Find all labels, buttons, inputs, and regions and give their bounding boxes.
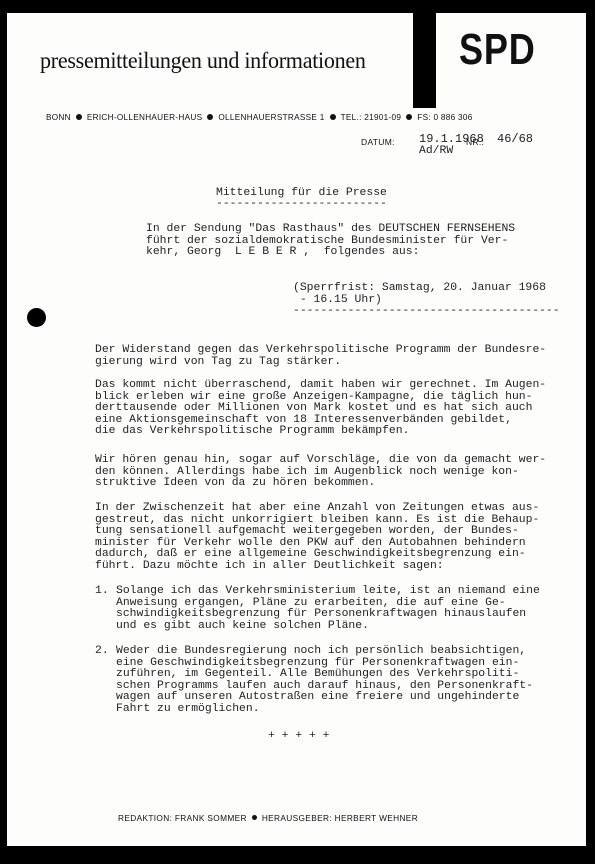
masthead-title: pressemitteilungen und informationen — [40, 48, 366, 74]
bullet-icon — [207, 114, 213, 120]
intro-line: kehr, Georg L E B E R , folgendes aus: — [146, 247, 515, 259]
list-number: 2. — [95, 646, 109, 658]
address-city: BONN — [46, 113, 71, 122]
intro-block: In der Sendung "Das Rasthaus" des DEUTSC… — [146, 224, 515, 259]
footer-editor: REDAKTION: FRANK SOMMER — [118, 813, 247, 823]
text-line: Wir hören genau hin, sogar auf Vorschläg… — [95, 455, 546, 467]
paragraph: Der Widerstand gegen das Verkehrspolitis… — [95, 345, 546, 368]
text-line: Der Widerstand gegen das Verkehrspolitis… — [95, 345, 546, 357]
text-line: In der Zwischenzeit hat aber eine Anzahl… — [95, 503, 539, 515]
footer-publisher: HERAUSGEBER: HERBERT WEHNER — [262, 813, 418, 823]
reference-code: Ad/RW — [419, 146, 453, 158]
paragraph: Wir hören genau hin, sogar auf Vorschläg… — [95, 455, 546, 490]
end-mark: + + + + + — [268, 731, 330, 743]
embargo-line: (Sperrfrist: Samstag, 20. Januar 1968 — [293, 283, 560, 295]
number-value: 46/68 — [497, 134, 533, 146]
heading-underline: ------------------------- — [216, 199, 387, 211]
text-line: gierung wird von Tag zu Tag stärker. — [95, 357, 546, 369]
text-line: Weder die Bundesregierung noch ich persö… — [116, 646, 533, 658]
letterhead-divider-bar — [413, 0, 436, 108]
text-line: und es gibt auch keine solchen Pläne. — [116, 621, 540, 633]
text-line: die das Verkehrspolitische Programm bekä… — [95, 426, 546, 438]
punch-hole — [27, 308, 46, 327]
footer-credits: REDAKTION: FRANK SOMMERHERAUSGEBER: HERB… — [118, 813, 418, 823]
paragraph: In der Zwischenzeit hat aber eine Anzahl… — [95, 503, 539, 573]
date-label: DATUM: — [361, 137, 395, 147]
address-phone: TEL.: 21901-09 — [341, 113, 402, 122]
spd-logo: SPD — [459, 28, 536, 72]
bullet-icon — [252, 815, 257, 820]
paragraph: Das kommt nicht überraschend, damit habe… — [95, 380, 546, 438]
text-line: struktive Ideen von da zu hören bekommen… — [95, 478, 546, 490]
address-telex: FS: 0 886 306 — [417, 113, 472, 122]
number-label: NR.: — [466, 137, 484, 147]
intro-line: In der Sendung "Das Rasthaus" des DEUTSC… — [146, 224, 515, 236]
bullet-icon — [76, 114, 82, 120]
address-street: OLLENHAUERSTRASSE 1 — [218, 113, 324, 122]
letterhead-address: BONNERICH-OLLENHAUER-HAUSOLLENHAUERSTRAS… — [46, 113, 473, 122]
text-line: Das kommt nicht überraschend, damit habe… — [95, 380, 546, 392]
text-line: Fahrt zu ermöglichen. — [116, 704, 533, 716]
bullet-icon — [406, 114, 412, 120]
embargo-underline: --------------------------------------- — [293, 306, 560, 318]
text-line: führt. Dazu möchte ich in aller Deutlich… — [95, 561, 539, 573]
bullet-icon — [330, 114, 336, 120]
list-number: 1. — [95, 586, 109, 598]
text-line: Solange ich das Verkehrsministerium leit… — [116, 586, 540, 598]
embargo-block: (Sperrfrist: Samstag, 20. Januar 1968 - … — [293, 283, 560, 318]
address-building: ERICH-OLLENHAUER-HAUS — [87, 113, 202, 122]
